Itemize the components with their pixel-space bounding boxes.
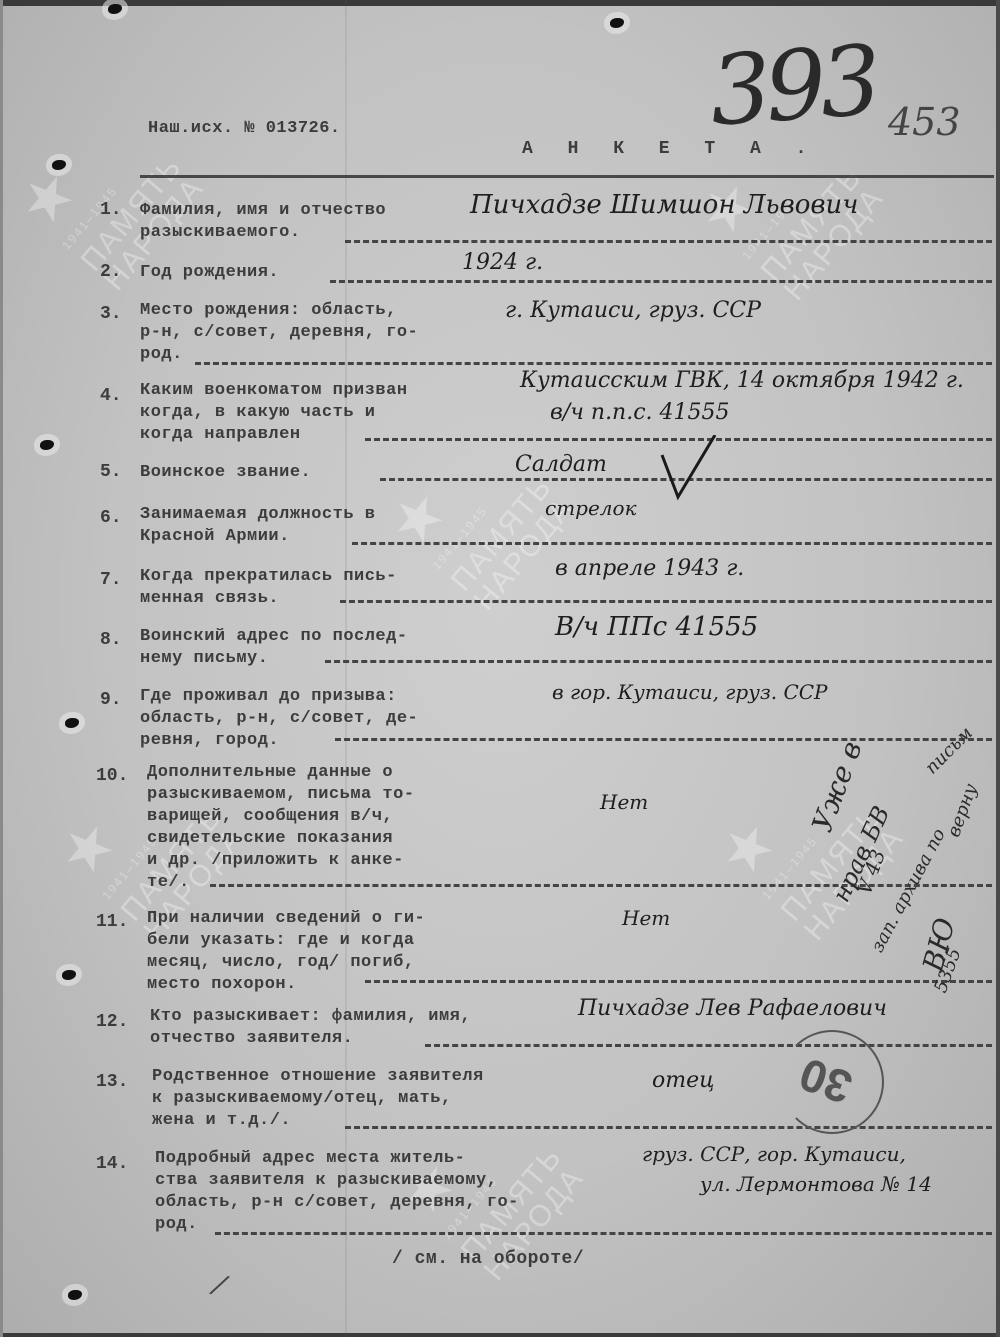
margin-note: письм	[921, 723, 977, 779]
field-answer: ул. Лермонтова № 14	[700, 1172, 932, 1196]
answer-line	[340, 600, 992, 603]
outgoing-reference: Наш.исх. № 013726.	[148, 118, 341, 140]
margin-note: верну	[943, 781, 982, 840]
answer-line	[330, 280, 992, 283]
field-question: Фамилия, имя и отчество разыскиваемого.	[140, 200, 386, 244]
field-number: 8.	[100, 630, 122, 650]
field-answer: груз. ССР, гор. Кутаиси,	[642, 1142, 906, 1166]
field-question: Когда прекратилась пись- менная связь.	[140, 566, 397, 610]
answer-line	[215, 1232, 992, 1235]
field-number: 4.	[100, 386, 122, 406]
answer-line	[365, 980, 992, 983]
field-number: 5.	[100, 462, 122, 482]
punch-hole	[610, 18, 624, 28]
punch-hole	[40, 440, 54, 450]
punch-hole	[68, 1290, 82, 1300]
page-edge-bottom	[0, 1333, 1000, 1337]
field-number: 14.	[96, 1154, 128, 1174]
archive-number: 393	[706, 24, 879, 147]
field-answer: В/ч ППс 41555	[555, 612, 758, 642]
field-question: Где проживал до призыва: область, р-н, с…	[140, 686, 418, 752]
field-answer: 1924 г.	[462, 250, 543, 275]
sheet-number: 453	[888, 100, 961, 144]
field-answer: Кутаисским ГВК, 14 октября 1942 г.	[520, 368, 964, 393]
field-number: 13.	[96, 1072, 128, 1092]
answer-line	[325, 660, 992, 663]
field-number: 6.	[100, 508, 122, 528]
header-rule	[140, 175, 994, 178]
field-question: Воинское звание.	[140, 462, 311, 484]
field-answer: Нет	[622, 906, 670, 930]
field-question: Каким военкоматом призван когда, в какую…	[140, 380, 408, 446]
field-number: 1.	[100, 200, 122, 220]
field-answer: Нет	[600, 790, 648, 814]
punch-hole	[62, 970, 76, 980]
field-answer: Пичхадзе Шимшон Львович	[470, 190, 858, 220]
field-question: Подробный адрес места житель- ства заяви…	[155, 1148, 519, 1236]
pencil-mark: /	[210, 1267, 230, 1301]
continue-on-reverse-note: / см. на обороте/	[392, 1248, 584, 1270]
document-page: ★1941–1945ПАМЯТЬНАРОДА ★1941–1945ПАМЯТЬН…	[0, 0, 1000, 1337]
field-number: 9.	[100, 690, 122, 710]
answer-line	[352, 542, 992, 545]
field-number: 7.	[100, 570, 122, 590]
page-edge-top	[0, 0, 1000, 6]
answer-line	[345, 1126, 992, 1129]
field-answer: г. Кутаиси, груз. ССР	[505, 298, 761, 323]
field-question: Занимаемая должность в Красной Армии.	[140, 504, 375, 548]
check-mark-icon	[660, 435, 720, 505]
field-question: Дополнительные данные о разыскиваемом, п…	[147, 762, 415, 894]
field-answer: Пичхадзе Лев Рафаелович	[578, 996, 887, 1021]
field-answer: Салдат	[515, 452, 607, 477]
field-answer: отец	[652, 1068, 714, 1093]
answer-line	[345, 240, 992, 243]
field-answer: в гор. Кутаиси, груз. ССР	[552, 680, 828, 704]
punch-hole	[65, 718, 79, 728]
page-edge-left	[0, 0, 3, 1337]
field-question: Место рождения: область, р-н, с/совет, д…	[140, 300, 418, 366]
answer-line	[195, 362, 992, 365]
field-question: Родственное отношение заявителя к разыск…	[152, 1066, 484, 1132]
field-answer: стрелок	[545, 496, 637, 520]
field-number: 11.	[96, 912, 128, 932]
punch-hole	[108, 4, 122, 14]
field-answer: в апреле 1943 г.	[555, 556, 744, 581]
field-number: 12.	[96, 1012, 128, 1032]
stamp-number: 30	[792, 1047, 859, 1115]
field-question: Кто разыскивает: фамилия, имя, отчество …	[150, 1006, 471, 1050]
field-number: 2.	[100, 262, 122, 282]
answer-line	[425, 1044, 992, 1047]
circular-stamp: 30	[780, 1030, 884, 1134]
answer-line	[335, 738, 992, 741]
field-question: Воинский адрес по послед- нему письму.	[140, 626, 408, 670]
field-number: 10.	[96, 766, 128, 786]
page-edge-right	[996, 0, 1000, 1337]
field-question: Год рождения.	[140, 262, 279, 284]
field-answer: в/ч п.п.с. 41555	[550, 400, 730, 425]
field-number: 3.	[100, 304, 122, 324]
